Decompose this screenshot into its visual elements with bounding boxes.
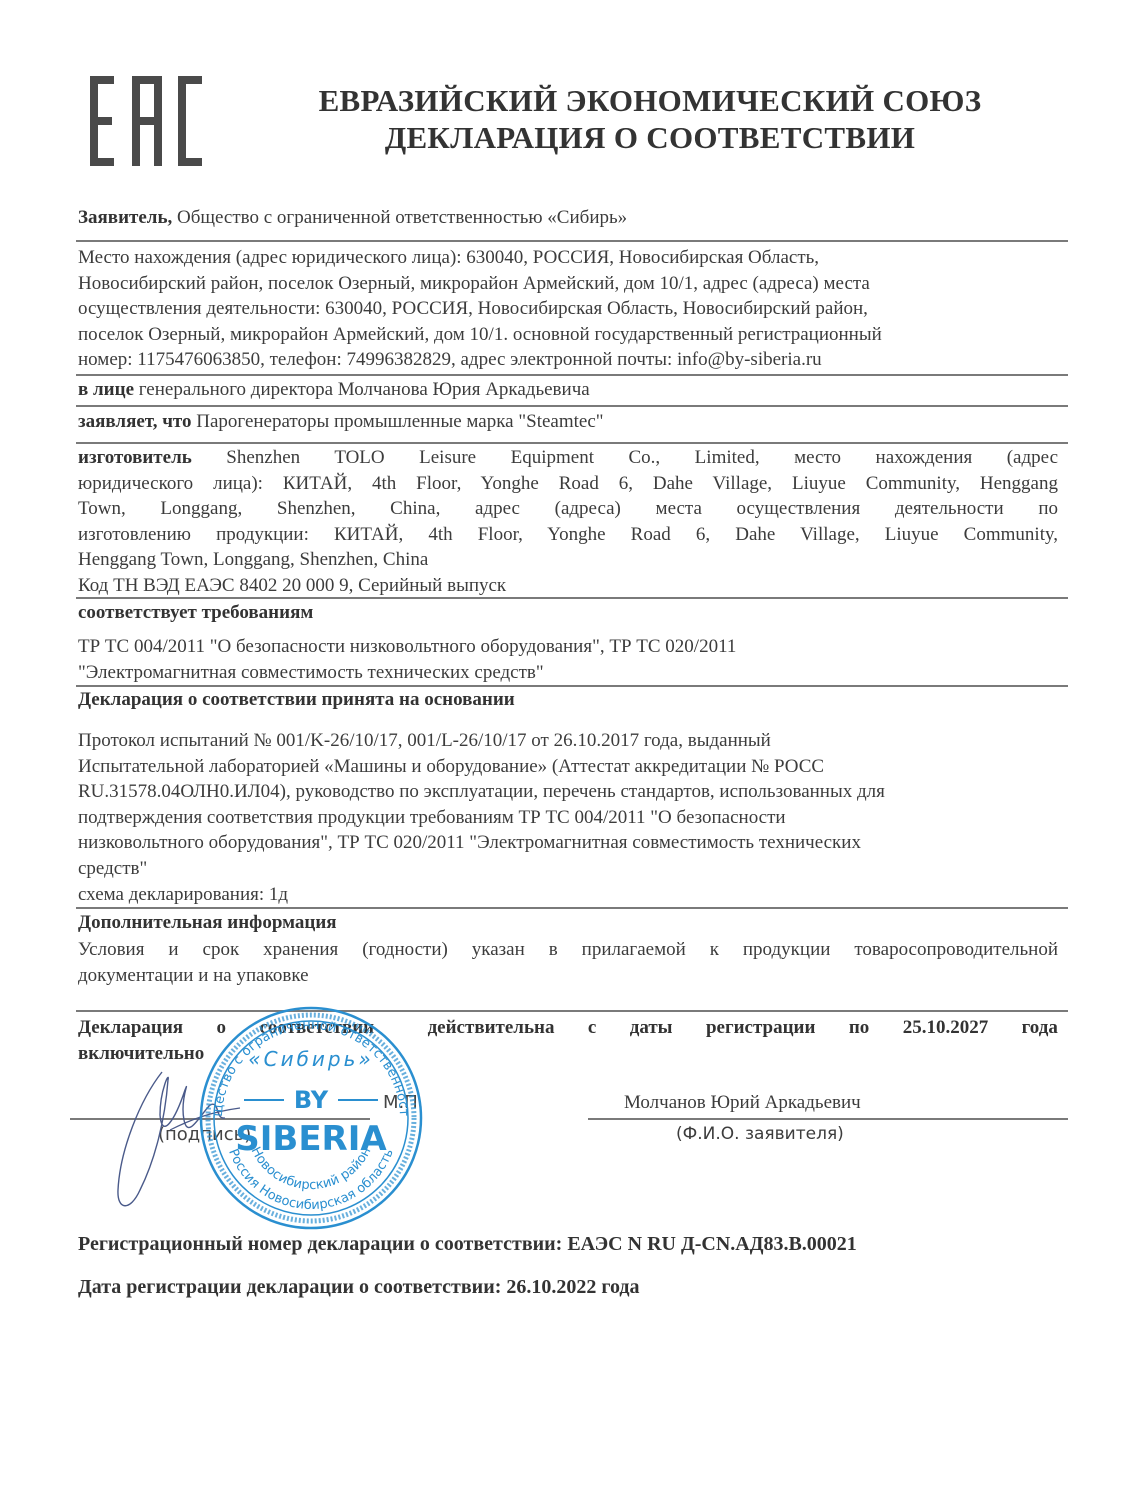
validity-word: регистрации [706,1015,815,1041]
applicant-label: Заявитель, [78,207,172,228]
additional-line: Условия и срок хранения (годности) указа… [78,937,1058,963]
svg-text:«Сибирь»: «Сибирь» [248,1047,373,1071]
registration-number-value: ЕАЭС N RU Д-CN.АД83.В.00021 [567,1233,856,1255]
divider [76,442,1068,444]
divider [76,405,1068,407]
requirement-line: "Электромагнитная совместимость техничес… [78,660,736,686]
registration-date-value: 26.10.2022 года [506,1276,639,1298]
basis-line: Испытательной лабораторией «Машины и обо… [78,754,885,780]
manufacturer-block: изготовитель Shenzhen TOLO Leisure Equip… [78,445,1058,599]
validity-expiry-date: 25.10.2027 [903,1015,989,1041]
declares-row: заявляет, что Парогенераторы промышленны… [78,409,604,435]
registration-number-row: Регистрационный номер декларации о соотв… [78,1232,857,1258]
declares-label: заявляет, что [78,411,192,432]
manufacturer-name: Shenzhen TOLO Leisure Equipment Co., Lim… [226,447,1058,468]
signer-name: Молчанов Юрий Аркадьевич [624,1092,861,1114]
eac-logo-icon [90,76,202,166]
registration-date-label: Дата регистрации декларации о соответств… [78,1276,501,1298]
address-line: поселок Озерный, микрорайон Армейский, д… [78,322,882,348]
name-line [588,1118,1068,1120]
validity-word: по [849,1015,869,1041]
basis-line: подтверждения соответствия продукции тре… [78,805,885,831]
document-title: ДЕКЛАРАЦИЯ О СООТВЕТСТВИИ [250,120,1050,156]
requirement-line: ТР ТС 004/2011 "О безопасности низковоль… [78,634,736,660]
divider [76,907,1068,909]
basis-line: RU.31578.04ОЛН0.ИЛ04), руководство по эк… [78,779,885,805]
manufacturer-line: изготовлению продукции: КИТАЙ, 4th Floor… [78,522,1058,548]
signer-caption: (Ф.И.О. заявителя) [676,1124,844,1144]
validity-word: Декларация [78,1015,183,1041]
representative-value: генерального директора Молчанова Юрия Ар… [139,379,590,400]
manufacturer-line: юридического лица): КИТАЙ, 4th Floor, Yo… [78,471,1058,497]
basis-heading: Декларация о соответствии принята на осн… [78,687,515,713]
applicant-value: Общество с ограниченной ответственностью… [177,207,627,228]
company-stamp-icon: Общество с ограниченной ответственностью… [186,1004,436,1232]
product-name: Парогенераторы промышленные марка "Steam… [196,411,603,432]
scheme-line: схема декларирования: 1д [78,882,885,908]
union-title: ЕВРАЗИЙСКИЙ ЭКОНОМИЧЕСКИЙ СОЮЗ [250,83,1050,119]
address-line: Новосибирский район, поселок Озерный, ми… [78,271,882,297]
additional-heading: Дополнительная информация [78,910,337,936]
divider [76,597,1068,599]
validity-word: года [1022,1015,1058,1041]
basis-block: Протокол испытаний № 001/K-26/10/17, 001… [78,728,885,907]
basis-line: Протокол испытаний № 001/K-26/10/17, 001… [78,728,885,754]
registration-date-row: Дата регистрации декларации о соответств… [78,1275,640,1301]
hs-code-line: Код ТН ВЭД ЕАЭС 8402 20 000 9, Серийный … [78,573,1058,599]
validity-word: действительна [428,1015,555,1041]
representative-row: в лице генерального директора Молчанова … [78,377,590,403]
validity-word: с [588,1015,596,1041]
basis-line: средств" [78,856,885,882]
manufacturer-line: изготовитель Shenzhen TOLO Leisure Equip… [78,445,1058,471]
requirements-block: ТР ТС 004/2011 "О безопасности низковоль… [78,634,736,685]
address-line: номер: 1175476063850, телефон: 749963828… [78,347,882,373]
representative-label: в лице [78,379,134,400]
divider [76,374,1068,376]
divider [76,240,1068,242]
manufacturer-line: Henggang Town, Longgang, Shenzhen, China [78,547,1058,573]
requirements-heading: соответствует требованиям [78,600,313,626]
svg-text:BY: BY [294,1086,329,1114]
additional-line: документации и на упаковке [78,963,1058,989]
manufacturer-line: Town, Longgang, Shenzhen, China, адрес (… [78,496,1058,522]
basis-line: низковольтного оборудования", ТР ТС 020/… [78,830,885,856]
applicant-row: Заявитель, Общество с ограниченной ответ… [78,205,627,231]
address-line: Место нахождения (адрес юридического лиц… [78,245,882,271]
validity-word: даты [630,1015,673,1041]
address-block: Место нахождения (адрес юридического лиц… [78,245,882,373]
additional-block: Условия и срок хранения (годности) указа… [78,937,1058,988]
manufacturer-label: изготовитель [78,447,192,468]
registration-number-label: Регистрационный номер декларации о соотв… [78,1233,562,1255]
address-line: осуществления деятельности: 630040, РОСС… [78,296,882,322]
